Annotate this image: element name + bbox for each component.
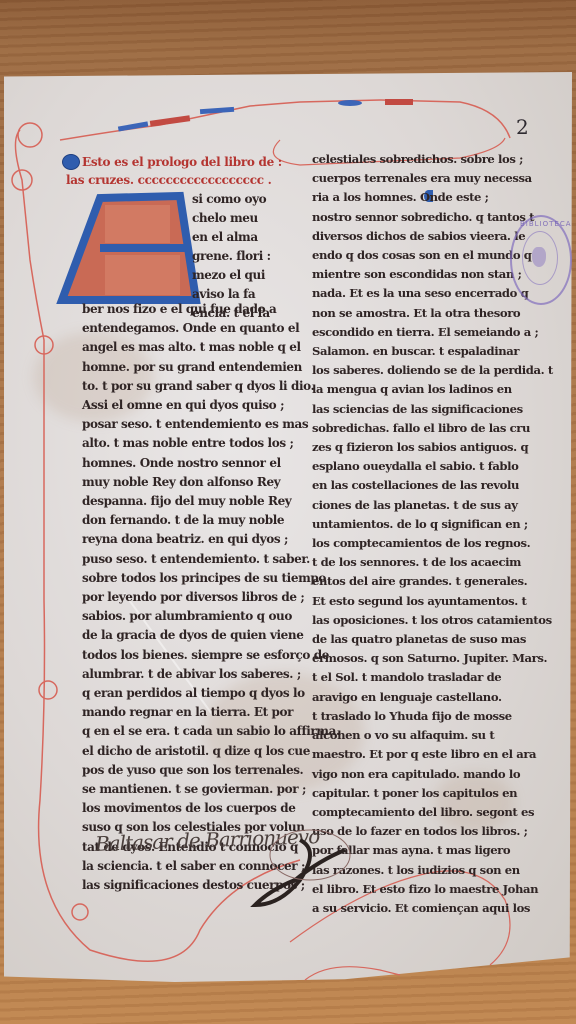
text-line: alto. t mas noble entre todos los ;: [82, 434, 282, 453]
text-line: sobre todos los principes de su tiempo: [82, 569, 282, 588]
rubric-line: Esto es el prologo del libro de :: [66, 153, 282, 171]
text-line: las significaciones destos cuerpos ;: [82, 876, 282, 895]
text-line: los movimentos de los cuerpos de: [82, 799, 282, 818]
text-line: el libro. Et esto fizo lo maestre Johan: [312, 880, 520, 899]
text-line: posar seso. t entendemiento es mas: [82, 415, 282, 434]
text-line: en las costellaciones de las revolu: [312, 476, 520, 495]
text-line: don fernando. t de la muy noble: [82, 511, 282, 530]
text-line: reyna dona beatriz. en qui dyos ;: [82, 530, 282, 549]
text-line: si como oyo: [192, 190, 271, 209]
text-line: por leyendo por diversos libros de ;: [82, 588, 282, 607]
text-line: homne. por su grand entendemien: [82, 358, 282, 377]
text-line: aravigo en lenguaje castellano.: [312, 688, 520, 707]
text-line: de las quatro planetas de suso mas: [312, 630, 520, 649]
text-line: q en el se era. t cada un sabio lo affir…: [82, 722, 282, 741]
text-line: t traslado lo Yhuda fijo de mosse: [312, 707, 520, 726]
text-line: non se amostra. Et la otra thesoro: [312, 304, 520, 323]
right-text-column: celestiales sobredichos. sobre los ; cue…: [312, 150, 520, 918]
text-line: puso seso. t entendemiento. t saber.: [82, 550, 282, 569]
text-line: Salamon. en buscar. t espaladinar: [312, 342, 520, 361]
text-line: mientre son escondidas non stan ;: [312, 265, 520, 284]
text-line: t el Sol. t mandolo trasladar de: [312, 668, 520, 687]
text-line: ber nos fizo e el qui fue dado a: [82, 300, 282, 319]
text-line: capitular. t poner los capitulos en: [312, 784, 520, 803]
text-line: pos de yuso que son los terrenales.: [82, 761, 282, 780]
text-line: alcohen o vo su alfaquim. su t: [312, 726, 520, 745]
text-line: mezo el qui: [192, 266, 271, 285]
text-line: todos los bienes. siempre se esforço de: [82, 646, 282, 665]
text-line: diversos dichos de sabios vieera. le: [312, 227, 520, 246]
text-line: sabios. por alumbramiento q ouo: [82, 607, 282, 626]
text-line: comptecamiento del libro. segont es: [312, 803, 520, 822]
left-text-column: ber nos fizo e el qui fue dado a entende…: [82, 300, 282, 895]
text-line: el dicho de aristotil. q dize q los cue: [82, 742, 282, 761]
text-line: escondido en tierra. El semeiando a ;: [312, 323, 520, 342]
text-line: entos del aire grandes. t generales.: [312, 572, 520, 591]
crest-icon: [532, 247, 546, 267]
text-line: chelo meu: [192, 209, 271, 228]
text-line: maestro. Et por q este libro en el ara: [312, 745, 520, 764]
text-line: untamientos. de lo q significan en ;: [312, 515, 520, 534]
text-line: las sciencias de las significaciones: [312, 400, 520, 419]
text-line: alumbrar. t de abivar los saberes. ;: [82, 665, 282, 684]
text-line: a su servicio. Et comiençan aqui los: [312, 899, 520, 918]
text-line: Et esto segund los ayuntamentos. t: [312, 592, 520, 611]
text-line: nostro sennor sobredicho. q tantos t: [312, 208, 520, 227]
text-line: sobredichas. fallo el libro de las cru: [312, 419, 520, 438]
text-line: celestiales sobredichos. sobre los ;: [312, 150, 520, 169]
text-line: esplano oueydalla el sabio. t fablo: [312, 457, 520, 476]
folio-number: 2: [516, 115, 529, 139]
text-line: angel es mas alto. t mas noble q el: [82, 338, 282, 357]
text-line: to. t por su grand saber q dyos li dio.: [82, 377, 282, 396]
text-line: la sciencia. t el saber en connocer ;: [82, 857, 282, 876]
text-line: q eran perdidos al tiempo q dyos lo: [82, 684, 282, 703]
text-line: endo q dos cosas son en el mundo q: [312, 246, 520, 265]
text-line: entendegamos. Onde en quanto el: [82, 319, 282, 338]
text-line: grene. flori :: [192, 247, 271, 266]
text-line: las razones. t los iudizios q son en: [312, 861, 520, 880]
text-line: muy noble Rey don alfonso Rey: [82, 473, 282, 492]
rubric-line: las cruzes. cccccccccccccccccc .: [66, 171, 282, 189]
text-line: mando regnar en la tierra. Et por: [82, 703, 282, 722]
text-line: cuerpos terrenales era muy necessa: [312, 169, 520, 188]
text-line: por fallar mas ayna. t mas ligero: [312, 841, 520, 860]
text-line: vigo non era capitulado. mando lo: [312, 765, 520, 784]
text-line: uso de lo fazer en todos los libros. ;: [312, 822, 520, 841]
text-line: homnes. Onde nostro sennor el: [82, 454, 282, 473]
text-line: Assi el omne en qui dyos quiso ;: [82, 396, 282, 415]
text-line: nada. Et es la una seso encerrado q: [312, 284, 520, 303]
text-line: los saberes. doliendo se de la perdida. …: [312, 361, 520, 380]
text-line: de la gracia de dyos de quien viene: [82, 626, 282, 645]
text-line: en el alma: [192, 228, 271, 247]
text-line: los comptecamientos de los regnos.: [312, 534, 520, 553]
text-line: las oposiciones. t los otros catamientos: [312, 611, 520, 630]
text-line: ciones de las planetas. t de sus ay: [312, 496, 520, 515]
text-line: la mengua q avian los ladinos en: [312, 380, 520, 399]
text-line: t de los sennores. t de los acaecim: [312, 553, 520, 572]
text-line: se mantienen. t se govierman. por ;: [82, 780, 282, 799]
library-stamp: BIBLIOTECA: [510, 215, 572, 305]
text-line: ermosos. q son Saturno. Jupiter. Mars.: [312, 649, 520, 668]
text-line: ria a los homnes. Onde este ;: [312, 188, 520, 207]
text-line: zes q fizieron los sabios antiguos. q: [312, 438, 520, 457]
text-line: despanna. fijo del muy noble Rey: [82, 492, 282, 511]
stamp-text: BIBLIOTECA: [520, 220, 572, 228]
rubric-heading: Esto es el prologo del libro de : las cr…: [66, 153, 282, 189]
